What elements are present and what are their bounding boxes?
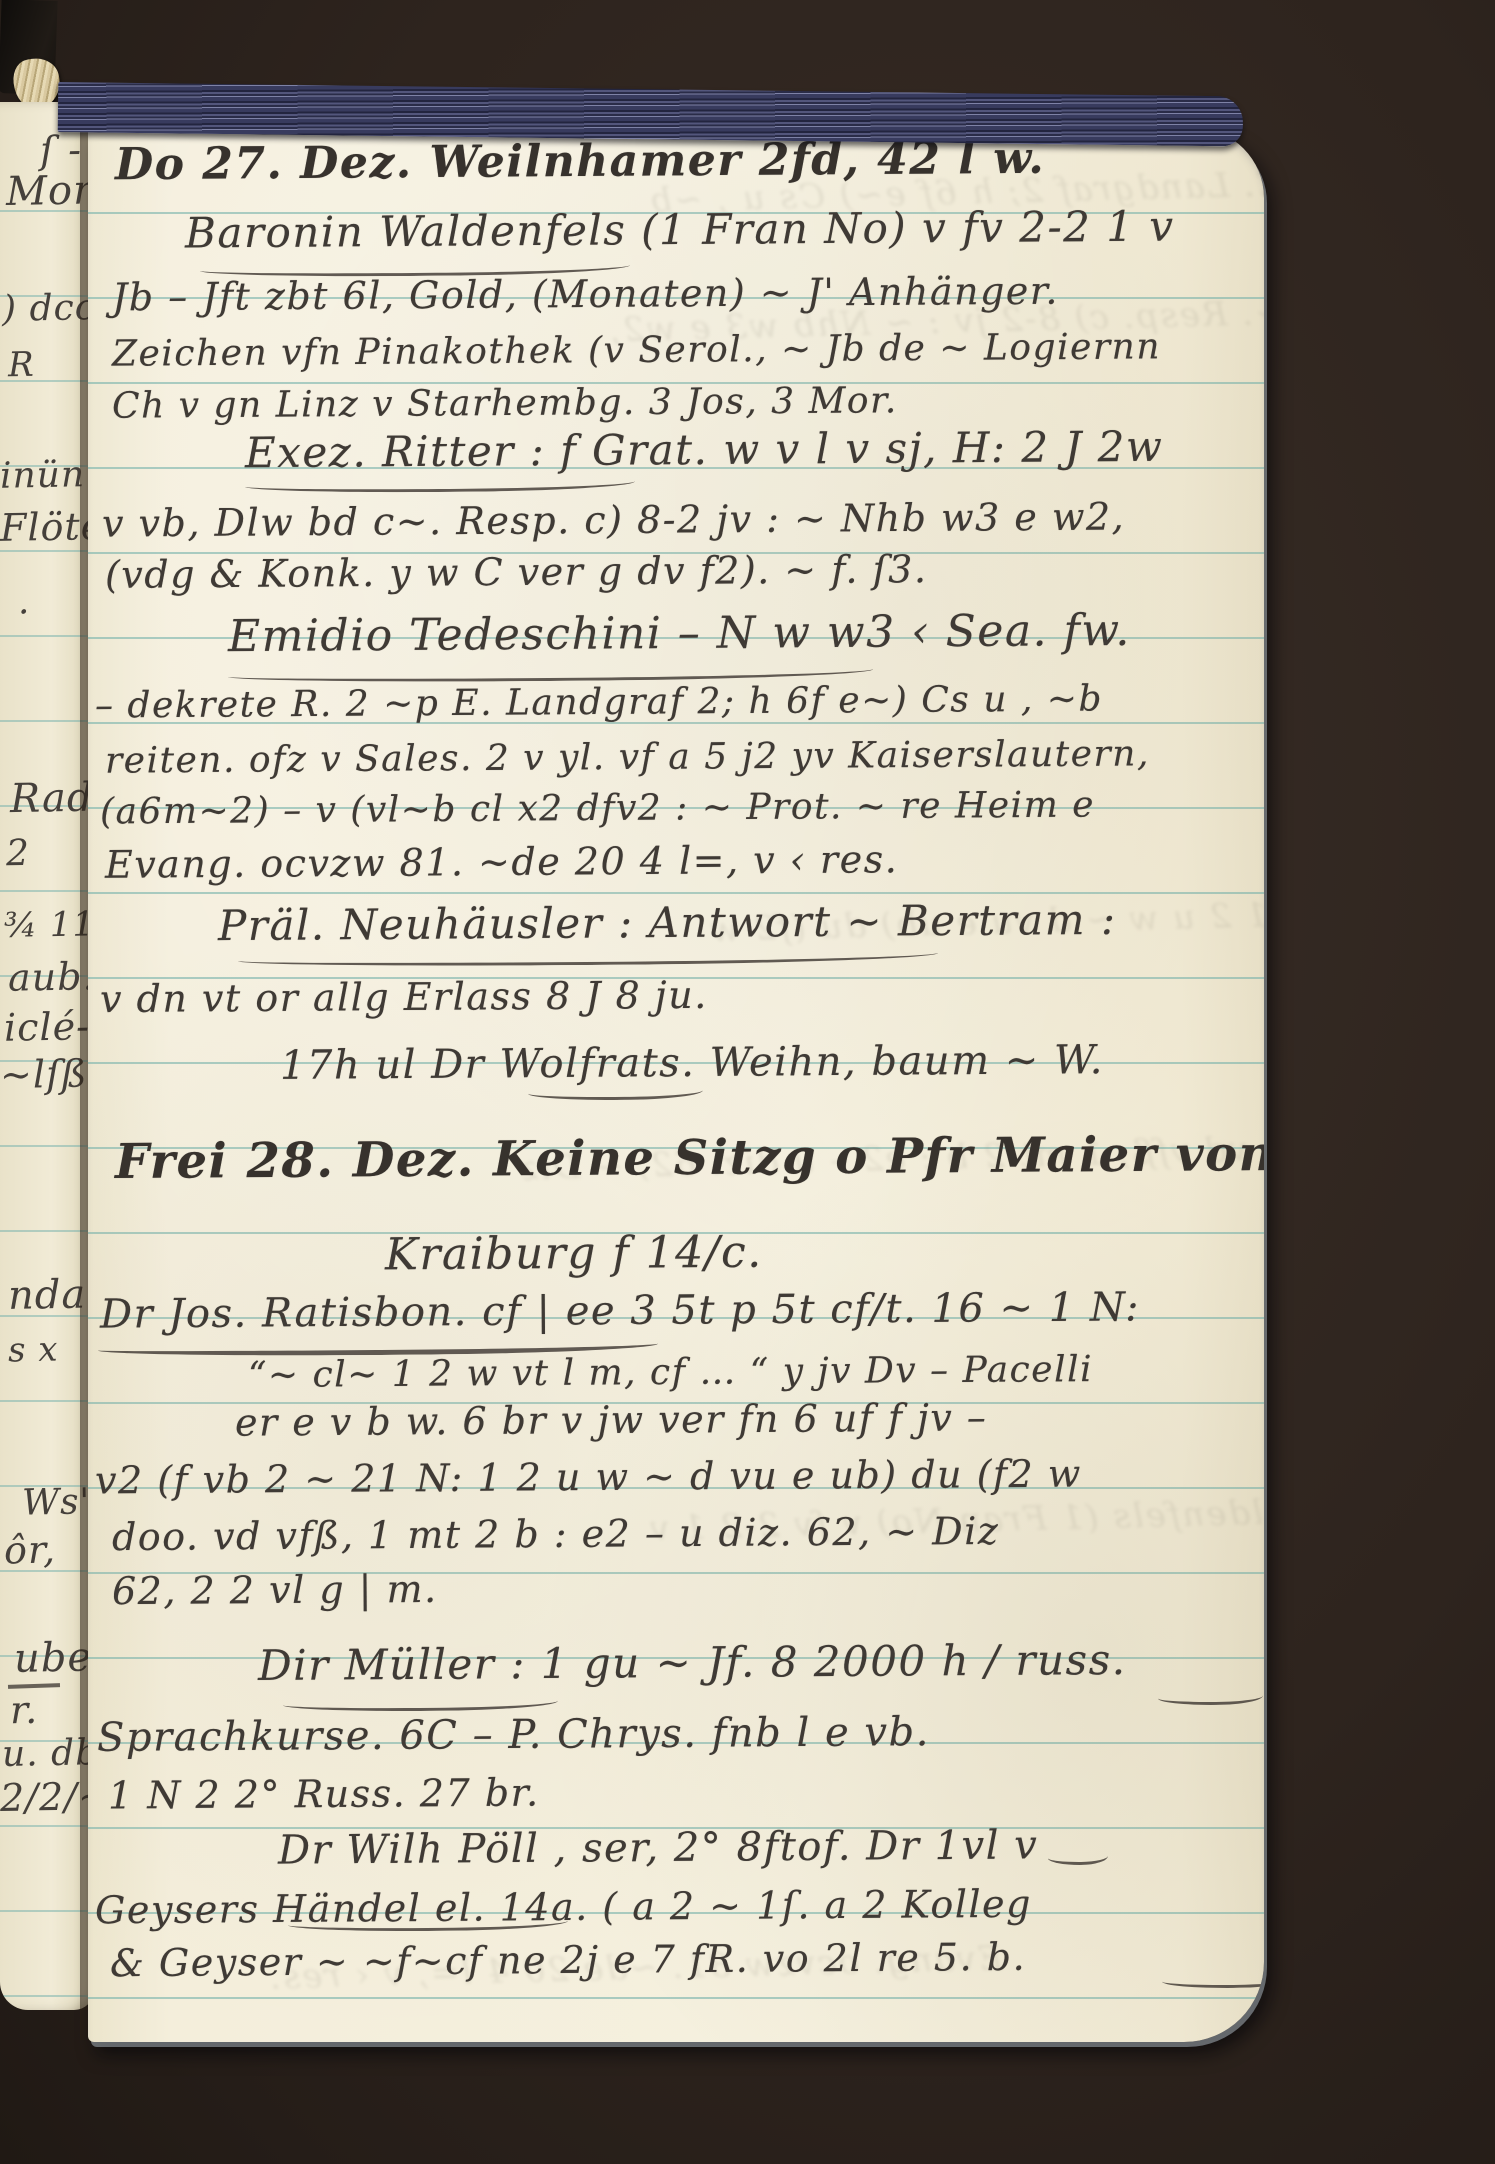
diary-line: Dr Wilh Pöll , ser, 2° 8ftof. Dr 1vl v — [278, 1822, 1039, 1873]
diary-line: Jb – Jft zbt 6l, Gold, (Monaten) ∼ J' An… — [112, 269, 1059, 320]
diary-line: Präl. Neuhäusler : Antwort ∼ Bertram : — [218, 895, 1117, 950]
margin-fragment: 2 — [6, 833, 31, 874]
diary-line: (vdg & Konk. y w C ver g dv f2). ∼ f. ſ3… — [105, 547, 928, 597]
diary-line: Kraiburg f 14/c. — [385, 1227, 763, 1281]
diary-line: Emidio Tedeschini – N w w3 ‹ Sea. fw. — [228, 605, 1131, 662]
diary-line: Evang. ocvzw 81. ∼de 20 4 l=, v ‹ res. — [105, 837, 899, 887]
diary-line: Baronin Waldenfels (1 Fran No) v fv 2-2 … — [185, 202, 1175, 258]
diary-line: Ch v gn Linz v Starhembg. 3 Jos, 3 Mor. — [112, 380, 898, 426]
diary-line: v2 (f vb 2 ∼ 21 N: 1 2 u w ∼ d vu e ub) … — [95, 1452, 1082, 1503]
margin-fragment: ſ - — [40, 128, 83, 173]
diary-line: v dn vt or allg Erlass 8 J 8 ju. — [100, 973, 708, 1021]
diary-line-date-28-dez: Frei 28. Dez. Keine Sitzg o Pfr Maier vo… — [115, 1126, 1264, 1190]
diary-line: Exez. Ritter : f Grat. w v l v sj, H: 2 … — [245, 422, 1164, 477]
diary-line: er e v b w. 6 br v jw ver fn 6 uf f jv – — [235, 1395, 988, 1444]
margin-fragment: s x — [8, 1330, 59, 1371]
diary-line: (a6m∼2) – v (vl∼b cl x2 dfv2 : ∼ Prot. ∼… — [100, 785, 1095, 833]
diary-line: v vb, Dlw bd c∼. Resp. c) 8-2 jv : ∼ Nhb… — [102, 494, 1125, 545]
notebook-page: – dekrete R. 2 ∼p E. Landgraf 2; h 6f e∼… — [88, 128, 1264, 2042]
margin-fragment: r. — [10, 1688, 39, 1732]
diary-line: 17h ul Dr Wolfrats. Weihn, baum ∼ W. — [280, 1037, 1104, 1089]
margin-fragment: iclé- — [4, 1004, 91, 1049]
margin-fragment: · — [18, 592, 31, 633]
diary-line: Sprachkurse. 6C – P. Chrys. fnb l e vb. — [97, 1709, 930, 1761]
diary-line: Zeichen vfn Pinakothek (v Serol., ∼ Jb d… — [112, 326, 1161, 374]
diary-line: reiten. ofz v Sales. 2 v yl. vf a 5 j2 y… — [105, 733, 1150, 781]
diary-line: Dir Müller : 1 gu ∼ Jf. 8 2000 h / russ. — [258, 1635, 1127, 1690]
diary-line: & Geyser ∼ ∼f∼cf ne 2j e 7 fR. vo 2l re … — [110, 1935, 1026, 1985]
diary-line: 1 N 2 2° Russ. 27 br. — [108, 1770, 540, 1817]
diary-line: – dekrete R. 2 ∼p E. Landgraf 2; h 6f e∼… — [95, 678, 1103, 726]
diary-line: “∼ cl∼ 1 2 w vt l m, cf … “ y jv Dv – Pa… — [248, 1349, 1093, 1396]
diary-line: Geysers Händel el. 14a. ( a 2 ∼ 1ſ. a 2 … — [95, 1882, 1032, 1933]
diary-line: 62, 2 2 vl g | m. — [112, 1567, 438, 1613]
margin-fragment: inün — [0, 454, 85, 496]
desk-background: ſ - Mon- ) dcc R inün Flöte · Radio 2 ¾ … — [0, 0, 1495, 2164]
margin-fragment: R — [8, 345, 35, 385]
margin-fragment: ôr, — [4, 1528, 57, 1573]
diary-line: doo. vd vfß, 1 mt 2 b : e2 – u diz. 62, … — [112, 1509, 1000, 1559]
diary-line: Dr Jos. Ratisbon. cf | ee 3 5t p 5t cf/t… — [100, 1284, 1140, 1337]
